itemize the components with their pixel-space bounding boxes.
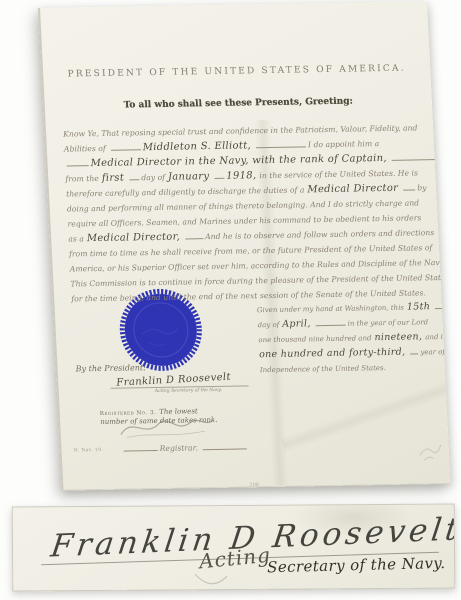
blank-rule-line — [391, 151, 439, 161]
blank-rule-line — [129, 171, 139, 180]
printed-text: Registrar. — [159, 443, 198, 453]
secretary-of-navy-label: Secretary of the Navy. — [267, 554, 446, 576]
signature-strip: Franklin D Roosevelt Acting Secretary of… — [12, 503, 456, 591]
pencil-curve-mark — [189, 570, 233, 592]
blank-rule-line — [203, 440, 247, 450]
text-line: Registrar. — [121, 434, 249, 448]
printed-text: year of the — [420, 348, 450, 357]
pencil-notation: 206 — [249, 482, 259, 488]
form-number: N. Nav. 19. — [74, 448, 104, 454]
testimonium-block: Given under my hand at Washington, this1… — [256, 294, 440, 372]
printed-text: Independence of the United States. — [260, 364, 386, 374]
pencil-scribble-mark — [413, 429, 445, 467]
text-line: one hundred and forty-third,year of the — [258, 339, 439, 357]
blank-rule-line — [403, 181, 415, 190]
blank-rule-line — [214, 170, 224, 179]
text-line: Independence of the United States. — [259, 354, 440, 372]
commission-body: Know Ye, That reposing special trust and… — [63, 115, 428, 301]
blank-rule-line — [435, 300, 449, 309]
blank-rule-line — [410, 345, 418, 354]
auction-photo: PRESIDENT OF THE UNITED STATES OF AMERIC… — [0, 0, 461, 600]
blank-rule-line — [66, 157, 88, 166]
blank-rule-line — [185, 230, 203, 239]
document-title: PRESIDENT OF THE UNITED STATES OF AMERIC… — [43, 63, 430, 80]
registrar-line: Registrar. — [121, 434, 249, 448]
commission-document: PRESIDENT OF THE UNITED STATES OF AMERIC… — [38, 1, 451, 490]
greeting-line: To all who shall see these Presents, Gre… — [45, 95, 432, 112]
signature-caption: Acting Secretary of the Navy. — [155, 388, 222, 394]
blank-rule-line — [123, 442, 157, 452]
